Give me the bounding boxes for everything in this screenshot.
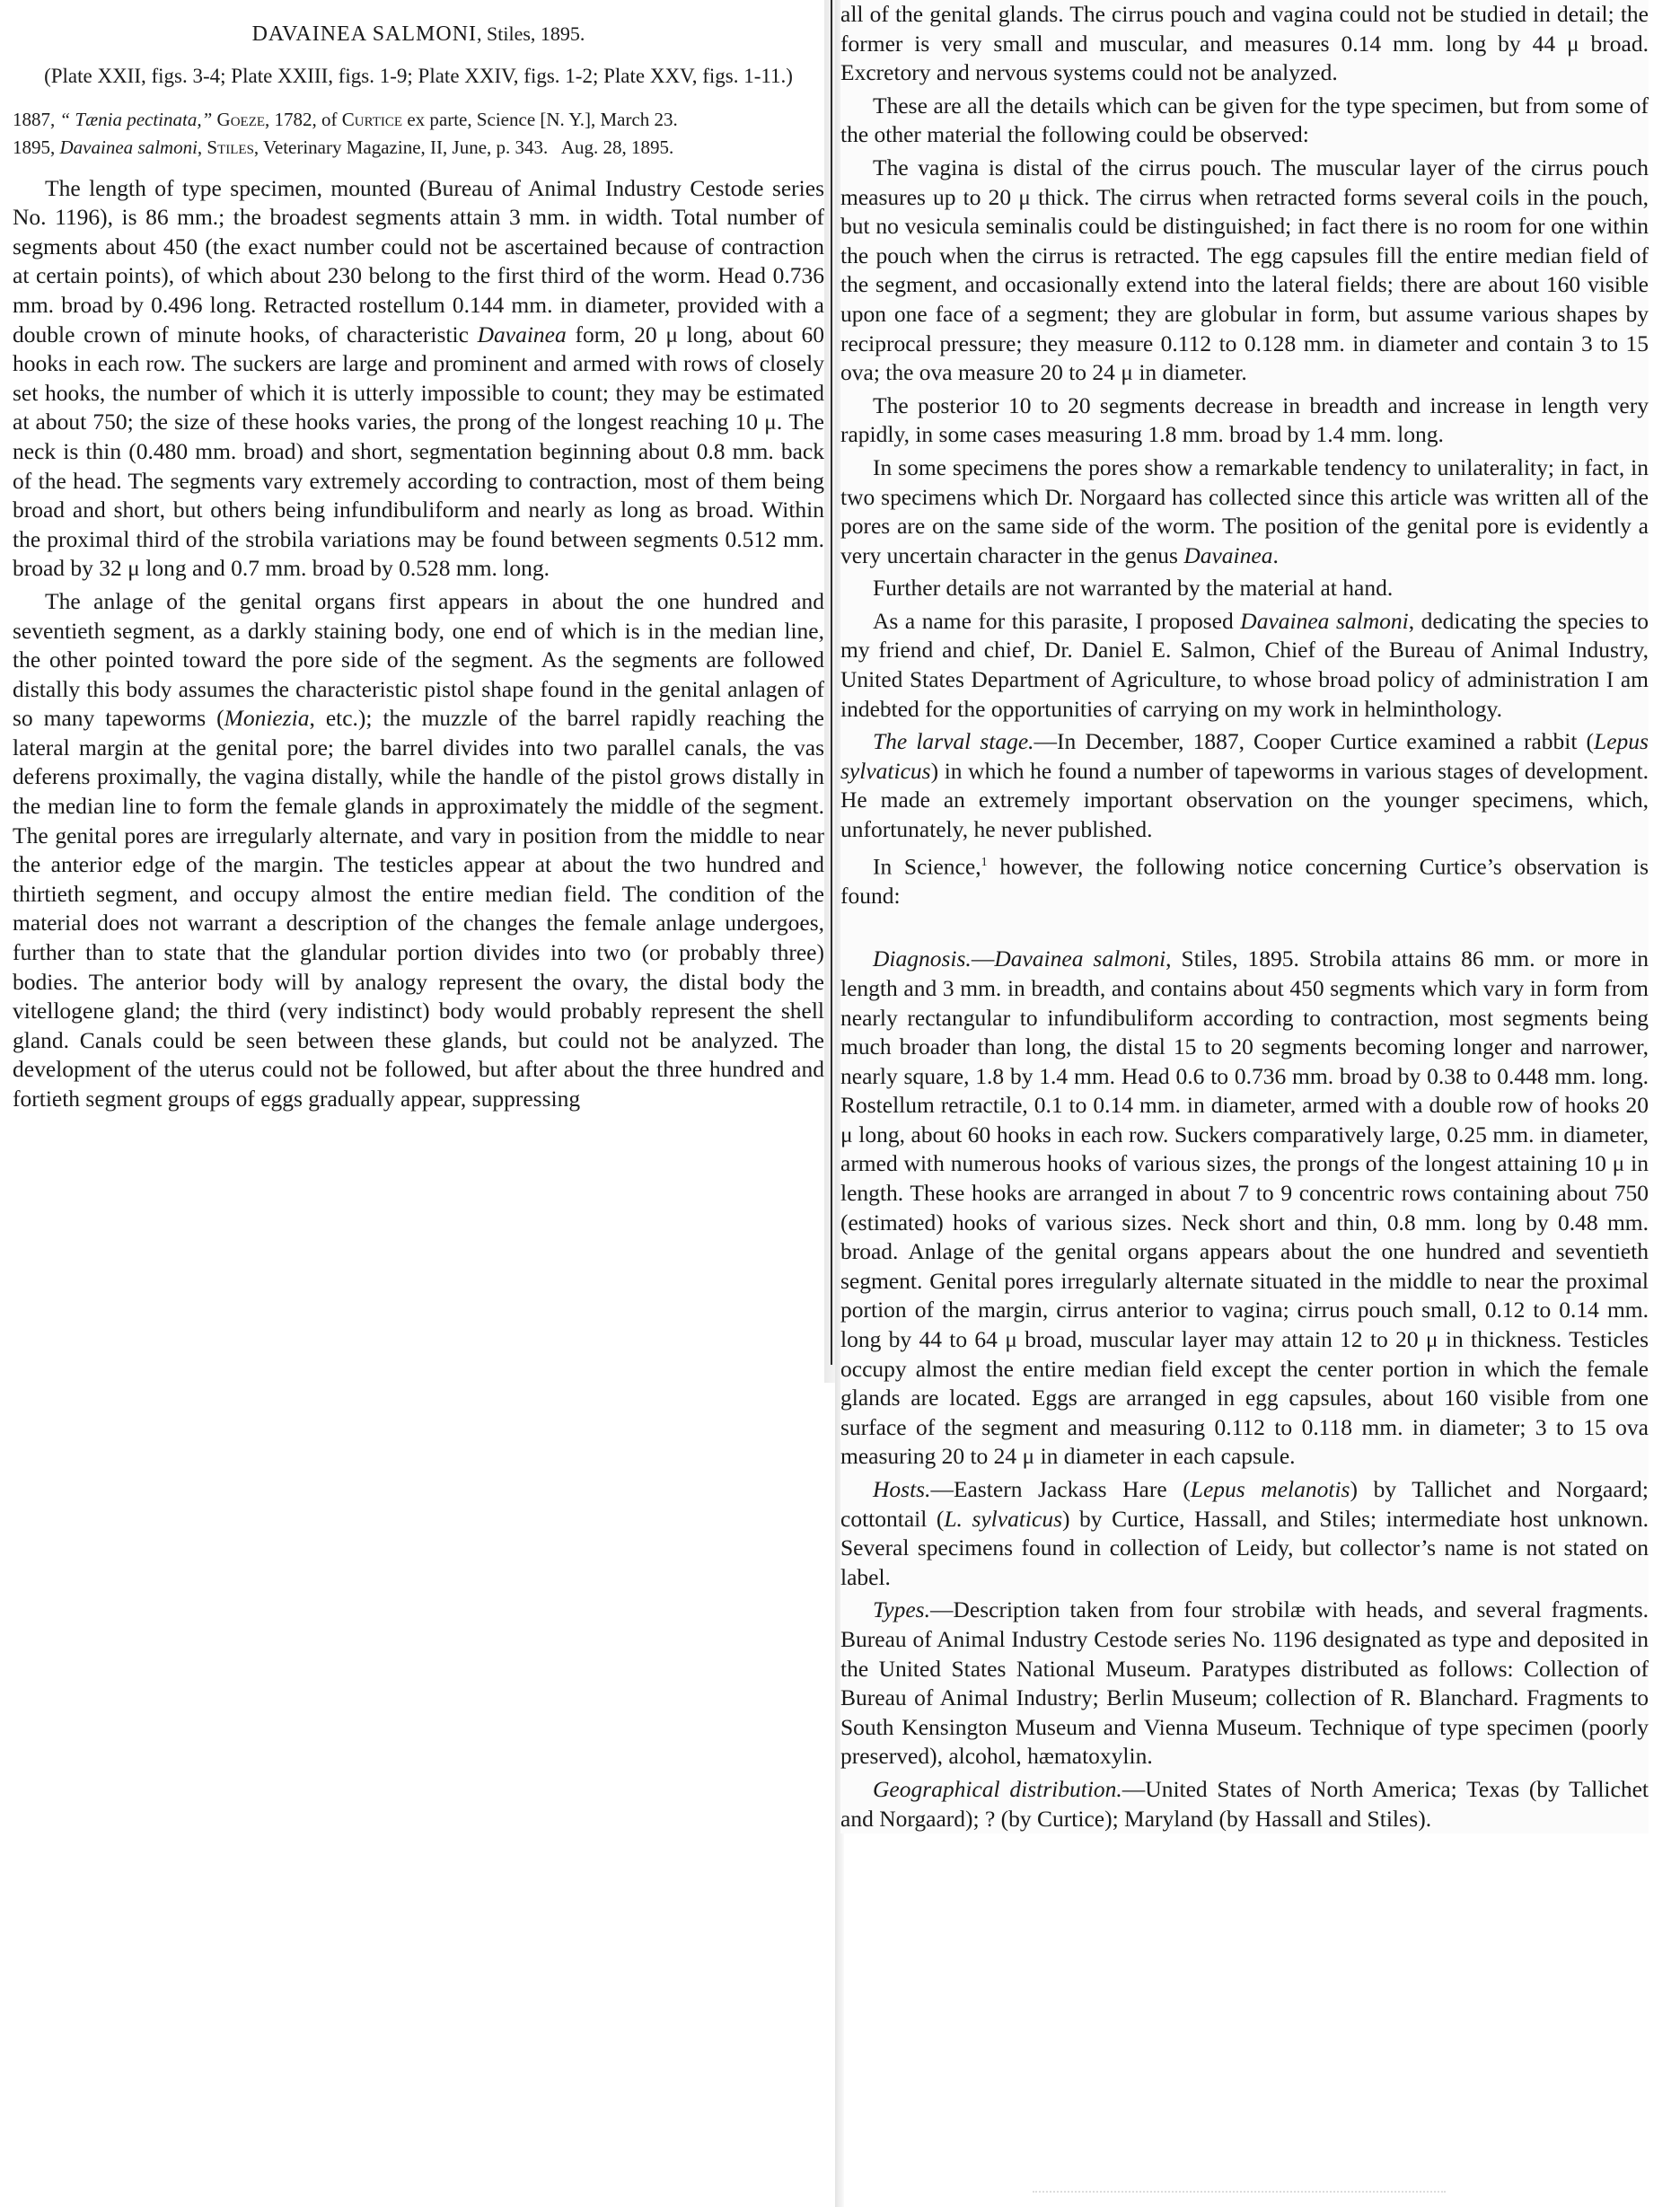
section-label-larval-stage: The larval stage.: [873, 728, 1034, 754]
paragraph-continuation: all of the genital glands. The cirrus po…: [840, 0, 1649, 88]
paragraph-type-details: These are all the details which can be g…: [840, 92, 1649, 150]
diagnosis-block: Diagnosis.—Davainea salmoni, Stiles, 189…: [840, 945, 1649, 1833]
species-name: DAVAINEA SALMONI: [252, 22, 477, 46]
species-author-year: , Stiles, 1895.: [477, 22, 585, 45]
section-label-hosts: Hosts.: [873, 1476, 930, 1502]
paragraph-genital-anlage: The anlage of the genital organs first a…: [13, 587, 824, 1114]
footnote-marker[interactable]: 1: [981, 856, 988, 869]
paragraph-name-dedication: As a name for this parasite, I proposed …: [840, 607, 1649, 724]
synonymy-list: 1887, “ Tænia pectinata,” Goeze, 1782, o…: [13, 106, 824, 162]
paragraph-hosts: Hosts.—Eastern Jackass Hare (Lepus melan…: [840, 1475, 1649, 1592]
paragraph-vagina-cirrus: The vagina is distal of the cirrus pouch…: [840, 154, 1649, 388]
section-label-types: Types.: [873, 1596, 930, 1622]
right-column: all of the genital glands. The cirrus po…: [840, 0, 1649, 1833]
paragraph-diagnosis: Diagnosis.—Davainea salmoni, Stiles, 189…: [840, 945, 1649, 1472]
paragraph-posterior-segments: The posterior 10 to 20 segments decrease…: [840, 391, 1649, 450]
section-label-geographical-distribution: Geographical distribution.: [873, 1776, 1122, 1802]
species-heading: DAVAINEA SALMONI, Stiles, 1895.: [13, 20, 824, 49]
paragraph-pore-unilaterality: In some specimens the pores show a remar…: [840, 453, 1649, 570]
next-section-heading-fragment: [1033, 2191, 1446, 2202]
paragraph-geographical-distribution: Geographical distribution.—United States…: [840, 1775, 1649, 1833]
synonymy-entry-1887: 1887, “ Tænia pectinata,” Goeze, 1782, o…: [13, 106, 824, 134]
page-edge-line: [831, 0, 832, 1365]
plate-references: (Plate XXII, figs. 3-4; Plate XXIII, fig…: [13, 62, 824, 90]
paragraph-further-details: Further details are not warranted by the…: [840, 574, 1649, 603]
paragraph-types: Types.—Description taken from four strob…: [840, 1596, 1649, 1772]
paragraph-larval-stage: The larval stage.—In December, 1887, Coo…: [840, 727, 1649, 844]
paragraph-type-specimen: The length of type specimen, mounted (Bu…: [13, 174, 824, 584]
paragraph-science-notice: In Science,1 however, the following noti…: [840, 849, 1649, 911]
section-label-diagnosis: Diagnosis.: [873, 945, 972, 972]
left-column: DAVAINEA SALMONI, Stiles, 1895. (Plate X…: [13, 0, 824, 1114]
synonymy-entry-1895: 1895, Davainea salmoni, Stiles, Veterina…: [13, 134, 824, 162]
